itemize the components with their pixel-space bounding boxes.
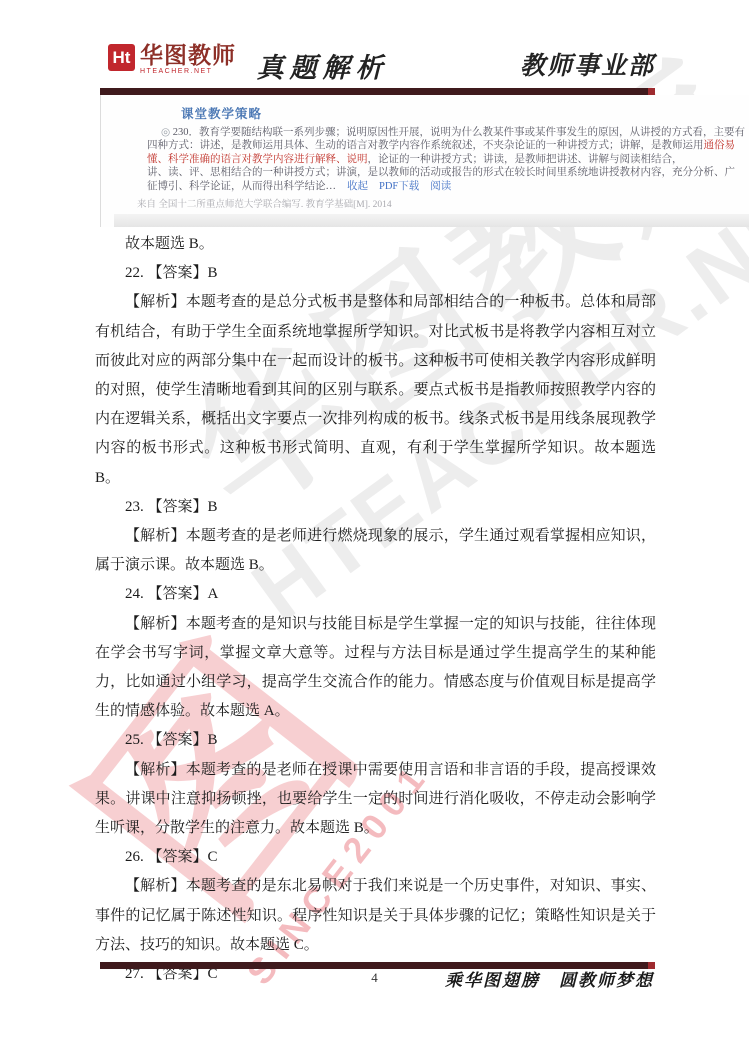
answer-paragraph: 【解析】本题考查的是东北易帜对于我们来说是一个历史事件，对知识、事实、事件的记忆… xyxy=(95,872,656,960)
answer-paragraph: 25. 【答案】B xyxy=(95,726,656,755)
snippet-title: 课堂教学策略 xyxy=(181,104,749,122)
snippet-link[interactable]: PDF下载 xyxy=(379,181,419,192)
answer-paragraph: 26. 【答案】C xyxy=(95,843,656,872)
snippet-text-segment: 懂、科学准确的语言对教学内容进行解释、说明 xyxy=(147,154,368,165)
snippet-bottom-shadow xyxy=(114,214,749,227)
snippet-citation: 来自 全国十二所重点师范大学联合编写. 教育学基础[M]. 2014 xyxy=(137,196,749,210)
snippet-text-segment: 征博引、科学论证，从而得出科学结论… xyxy=(147,181,336,192)
snippet-text-segment: 通俗易 xyxy=(704,140,736,151)
snippet-text-segment: ◎ xyxy=(161,127,173,138)
answer-paragraph: 22. 【答案】B xyxy=(95,259,656,288)
answers-section: 故本题选 B。22. 【答案】B【解析】本题考查的是总分式板书是整体和局部相结合… xyxy=(95,230,656,989)
header-title-right: 教师事业部 xyxy=(520,46,655,82)
snippet-line: 讲、读、评、思相结合的一种讲授方式；讲演，是以教师的活动或报告的形式在较长时间里… xyxy=(147,166,747,179)
answer-paragraph: 24. 【答案】A xyxy=(95,580,656,609)
embedded-screenshot: 课堂教学策略 ◎ 230．教育学要随结构联一系列步骤；说明原因性开展，说明为什么… xyxy=(100,95,749,227)
document-page: { "header": { "logo_mark": "Ht", "logo_n… xyxy=(0,0,749,1060)
snippet-line: 懂、科学准确的语言对教学内容进行解释、说明，论证的一种讲授方式；讲读，是教师把讲… xyxy=(147,153,747,166)
snippet-line: 征博引、科学论证，从而得出科学结论…收起PDF下载阅读 xyxy=(147,180,747,193)
snippet-link[interactable]: 阅读 xyxy=(430,181,451,192)
snippet-text-segment: ，论证的一种讲授方式；讲读，是教师把讲述、讲解与阅读相结合， xyxy=(368,154,683,165)
snippet-text-segment: 讲、读、评、思相结合的一种讲授方式；讲演，是以教师的活动或报告的形式在较长时间里… xyxy=(147,167,735,178)
header-title-center: 真题解析 xyxy=(100,46,545,85)
snippet-link[interactable]: 收起 xyxy=(347,181,368,192)
answer-paragraph: 故本题选 B。 xyxy=(95,230,656,259)
answer-paragraph: 【解析】本题考查的是老师进行燃烧现象的展示，学生通过观看掌握相应知识，属于演示课… xyxy=(95,522,656,580)
snippet-body: ◎ 230．教育学要随结构联一系列步骤；说明原因性开展，说明为什么教某件事或某件… xyxy=(147,126,747,193)
page-header: Ht 华图教师 HTEACHER.NET 真题解析 教师事业部 xyxy=(100,42,655,88)
snippet-line: ◎ 230．教育学要随结构联一系列步骤；说明原因性开展，说明为什么教某件事或某件… xyxy=(147,126,747,139)
snippet-line: 四种方式：讲述，是教师运用具体、生动的语言对教学内容作系统叙述，不夹杂论证的一种… xyxy=(147,139,747,152)
answer-paragraph: 【解析】本题考查的是总分式板书是整体和局部相结合的一种板书。总体和局部有机结合，… xyxy=(95,288,656,492)
footer-slogan: 乘华图翅膀 圆教师梦想 xyxy=(445,966,654,991)
answer-paragraph: 【解析】本题考查的是知识与技能目标是学生掌握一定的知识与技能，往往体现在学会书写… xyxy=(95,610,656,727)
header-rule xyxy=(100,88,655,95)
snippet-text-segment: 四种方式：讲述，是教师运用具体、生动的语言对教学内容作系统叙述，不夹杂论证的一种… xyxy=(147,140,704,151)
snippet-text-segment: 230．教育学要随结构联一系列步骤；说明原因性开展，说明为什么教某件事或某件事发… xyxy=(173,127,745,138)
header-rule-accent xyxy=(648,88,655,95)
answer-paragraph: 23. 【答案】B xyxy=(95,493,656,522)
answer-paragraph: 【解析】本题考查的是老师在授课中需要使用言语和非言语的手段，提高授课效果。讲课中… xyxy=(95,756,656,844)
